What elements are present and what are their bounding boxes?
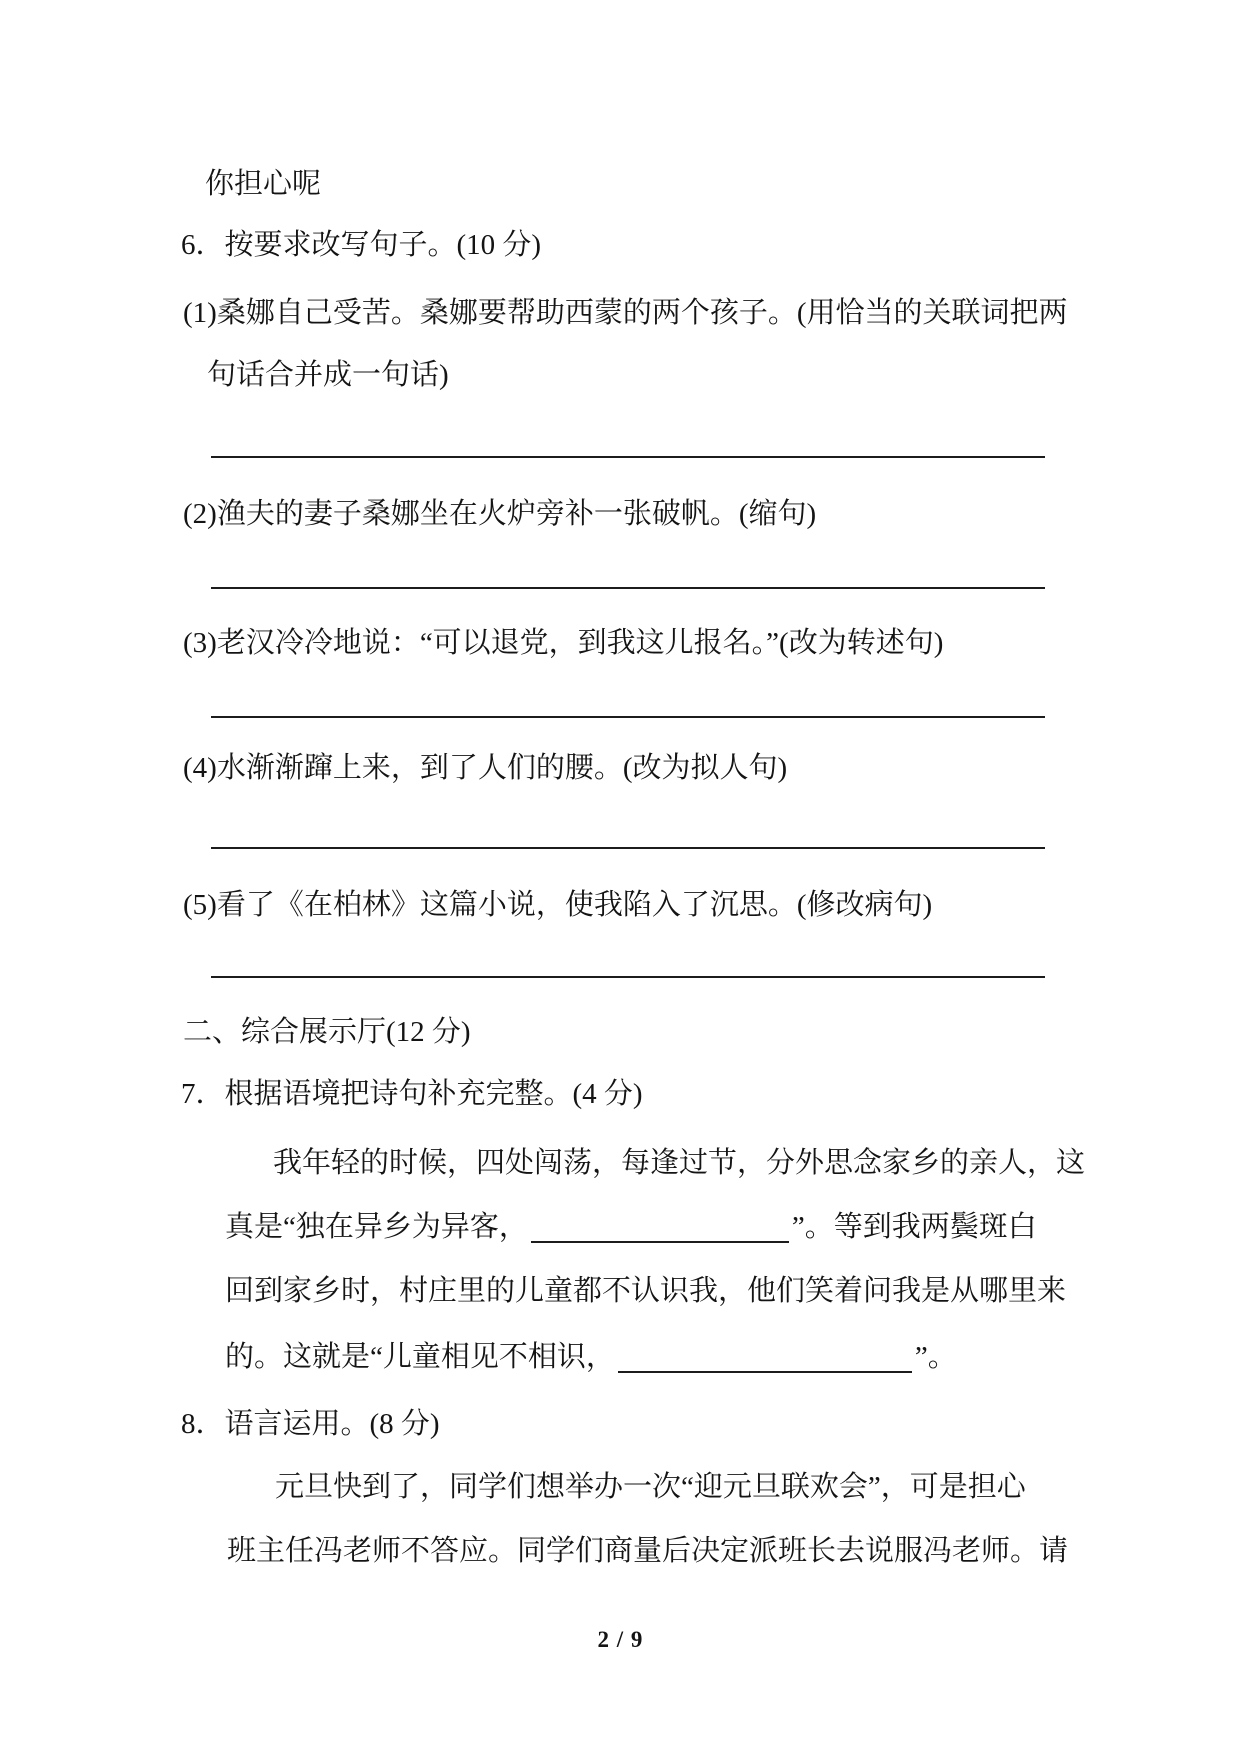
intro-tail-text: 你担心呢 [205,167,321,201]
question6-item5: (5)看了《在柏林》这篇小说，使我陷入了沉思。(修改病句) [183,888,932,922]
question7-line2-post: ”。等到我两鬓斑白 [792,1211,1037,1243]
question7-para-line4: 的。这就是“儿童相见不相识，”。 [225,1340,957,1374]
question7-line4-post: ”。 [915,1341,957,1373]
question7-para-line3: 回到家乡时，村庄里的儿童都不认识我，他们笑着问我是从哪里来 [225,1274,1066,1308]
exam-page: 你担心呢 6．按要求改写句子。(10 分) (1)桑娜自己受苦。桑娜要帮助西蒙的… [0,0,1241,1754]
answer-blank-line-4[interactable] [211,847,1045,849]
question7-para-line2: 真是“独在异乡为异客，”。等到我两鬓斑白 [225,1210,1037,1244]
question8-para-line1: 元旦快到了，同学们想举办一次“迎元旦联欢会”，可是担心 [275,1470,1026,1504]
page-number: 2 / 9 [0,1627,1241,1653]
inline-answer-blank-1[interactable] [531,1211,789,1243]
question7-line2-pre: 真是“独在异乡为异客， [225,1211,528,1243]
question6-item2: (2)渔夫的妻子桑娜坐在火炉旁补一张破帆。(缩句) [183,497,816,531]
question7-line4-pre: 的。这就是“儿童相见不相识， [225,1341,615,1373]
question8-para-line2: 班主任冯老师不答应。同学们商量后决定派班长去说服冯老师。请 [227,1534,1068,1568]
question6-item4: (4)水渐渐蹿上来，到了人们的腰。(改为拟人句) [183,751,787,785]
question6-item3: (3)老汉冷冷地说：“可以退党，到我这儿报名。”(改为转述句) [183,626,943,660]
answer-blank-line-5[interactable] [211,976,1045,978]
question6-title: 6．按要求改写句子。(10 分) [181,228,541,262]
section2-title: 二、综合展示厅(12 分) [183,1015,471,1049]
question7-title: 7．根据语境把诗句补充完整。(4 分) [181,1077,643,1111]
answer-blank-line-2[interactable] [211,587,1045,589]
question6-item1-line2: 句话合并成一句话) [207,358,449,392]
question8-title: 8．语言运用。(8 分) [181,1407,440,1441]
answer-blank-line-3[interactable] [211,716,1045,718]
inline-answer-blank-2[interactable] [618,1341,912,1373]
question6-item1-line1: (1)桑娜自己受苦。桑娜要帮助西蒙的两个孩子。(用恰当的关联词把两 [183,296,1067,330]
answer-blank-line-1[interactable] [211,456,1045,458]
question7-para-line1: 我年轻的时候，四处闯荡，每逢过节，分外思念家乡的亲人，这 [273,1146,1085,1180]
